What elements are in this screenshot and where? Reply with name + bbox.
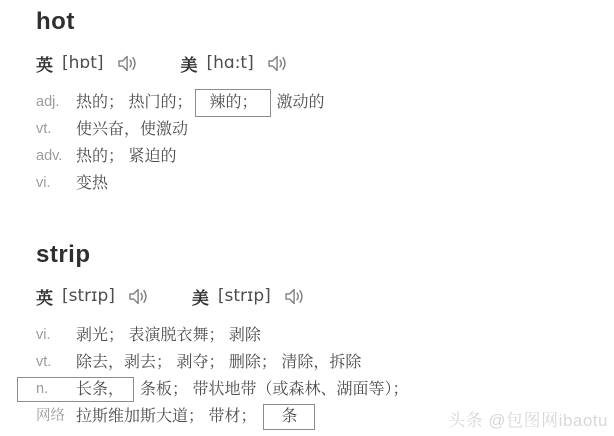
entry-strip: strip 英 [strɪp] 美 [strɪp] [36, 241, 614, 430]
speaker-icon [284, 294, 306, 309]
pos-label: n. [36, 376, 76, 403]
pronunciation-row-hot: 英 [hɒt] 美 [hɑ:t] [36, 51, 614, 75]
pos-label: vt. [36, 116, 76, 143]
us-phonetic: [strɪp] [218, 286, 271, 306]
highlighted-pos-group: n. 长条， [17, 377, 134, 402]
entry-word-strip: strip [36, 241, 614, 269]
us-speaker-button[interactable] [267, 54, 289, 73]
definition-text: 激动的 [276, 89, 324, 116]
us-label: 美 [192, 284, 209, 309]
highlighted-definition: 辣的； [195, 89, 271, 117]
highlighted-definition: 条 [263, 404, 315, 430]
definition-row: adj. 热的； 热门的； 辣的； 激动的 [36, 89, 614, 116]
definition-row: vt. 使兴奋，使激动 [36, 116, 614, 143]
pos-label: adj. [36, 89, 76, 116]
definition-row: vt. 除去，剥去； 剥夺； 删除； 清除，拆除 [36, 349, 614, 376]
us-phonetic: [hɑ:t] [207, 53, 254, 73]
definitions-hot: adj. 热的； 热门的； 辣的； 激动的 vt. 使兴奋，使激动 adv. 热… [36, 89, 614, 197]
dictionary-page: hot 英 [hɒt] 美 [hɑ:t] [0, 0, 614, 430]
definition-text: 热的； 热门的； [76, 89, 192, 116]
definition-row: n. 长条， 条板； 带状地带（或森林、湖面等）； [36, 376, 614, 403]
uk-label: 英 [36, 284, 53, 309]
definition-row: vi. 变热 [36, 170, 614, 197]
definition-text: 热的； 紧迫的 [76, 143, 176, 170]
definition-text: 除去，剥去； 剥夺； 删除； 清除，拆除 [76, 349, 361, 376]
pos-label: vt. [36, 349, 76, 376]
definition-text: 变热 [76, 170, 108, 197]
highlighted-definition: 长条， [76, 376, 124, 403]
us-speaker-button[interactable] [284, 287, 306, 306]
pos-label: 网络 [36, 403, 76, 430]
pos-label: vi. [36, 322, 76, 349]
entry-word-hot: hot [36, 8, 614, 36]
definition-text: 使兴奋，使激动 [76, 116, 188, 143]
us-pronunciation-hot: 美 [hɑ:t] [181, 51, 289, 76]
pronunciation-row-strip: 英 [strɪp] 美 [strɪp] [36, 284, 614, 308]
entry-hot: hot 英 [hɒt] 美 [hɑ:t] [36, 8, 614, 197]
uk-speaker-button[interactable] [117, 54, 139, 73]
uk-phonetic: [strɪp] [62, 286, 115, 306]
definition-text: 拉斯维加斯大道； 带材； [76, 403, 256, 430]
pos-label: vi. [36, 170, 76, 197]
definition-text: 条板； 带状地带（或森林、湖面等）； [140, 376, 408, 403]
uk-pronunciation-strip: 英 [strɪp] [36, 284, 150, 309]
uk-pronunciation-hot: 英 [hɒt] [36, 51, 139, 76]
uk-label: 英 [36, 51, 53, 76]
definition-text: 剥光； 表演脱衣舞； 剥除 [76, 322, 261, 349]
definition-row: vi. 剥光； 表演脱衣舞； 剥除 [36, 322, 614, 349]
us-pronunciation-strip: 美 [strɪp] [192, 284, 306, 309]
definition-row: adv. 热的； 紧迫的 [36, 143, 614, 170]
uk-speaker-button[interactable] [128, 287, 150, 306]
uk-phonetic: [hɒt] [62, 53, 104, 73]
speaker-icon [128, 294, 150, 309]
pos-label: adv. [36, 143, 76, 170]
speaker-icon [267, 61, 289, 76]
watermark: 头条 @包图网ibaotu [448, 406, 608, 431]
us-label: 美 [181, 51, 198, 76]
speaker-icon [117, 61, 139, 76]
